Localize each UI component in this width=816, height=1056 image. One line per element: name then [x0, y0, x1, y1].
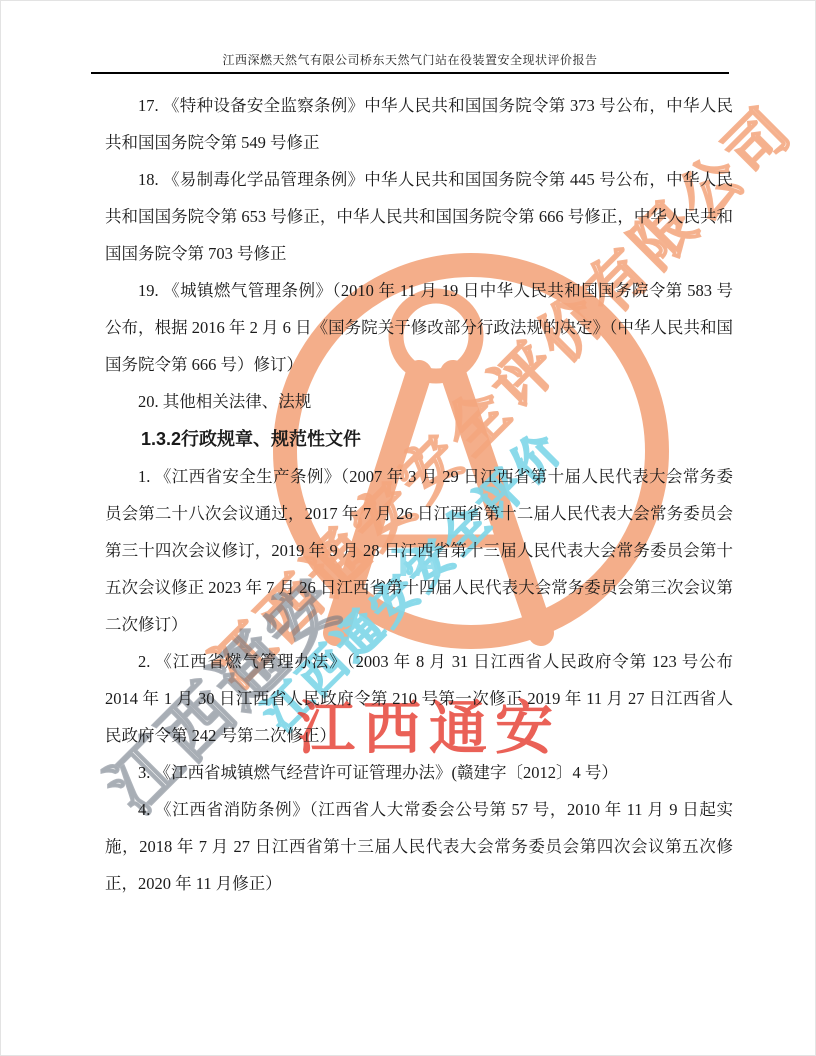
regulation-item-4: 4. 《江西省消防条例》（江西省人大常委会公号第 57 号，2010 年 11 …	[105, 791, 733, 902]
regulation-item-2: 2. 《江西省燃气管理办法》（2003 年 8 月 31 日江西省人民政府令第 …	[105, 643, 733, 754]
regulation-item-3: 3. 《江西省城镇燃气经营许可证管理办法》(赣建字〔2012〕4 号）	[105, 754, 733, 791]
legal-item-19: 19. 《城镇燃气管理条例》（2010 年 11 月 19 日中华人民共和国国务…	[105, 272, 733, 383]
legal-item-18: 18. 《易制毒化学品管理条例》中华人民共和国国务院令第 445 号公布，中华人…	[105, 161, 733, 272]
legal-item-17: 17. 《特种设备安全监察条例》中华人民共和国国务院令第 373 号公布，中华人…	[105, 87, 733, 161]
legal-item-20: 20. 其他相关法律、法规	[105, 383, 733, 420]
regulation-item-1: 1. 《江西省安全生产条例》（2007 年 3 月 29 日江西省第十届人民代表…	[105, 458, 733, 643]
page-header-title: 江西深燃天然气有限公司桥东天然气门站在役装置安全现状评价报告	[91, 51, 729, 74]
document-page: 江西通安安全评价有限公司 江西通安安全评价 江西通安 TA 江西通安 江西深燃天…	[0, 0, 816, 1056]
section-heading-1-3-2: 1.3.2行政规章、规范性文件	[105, 420, 733, 458]
document-body: 17. 《特种设备安全监察条例》中华人民共和国国务院令第 373 号公布，中华人…	[105, 87, 733, 902]
